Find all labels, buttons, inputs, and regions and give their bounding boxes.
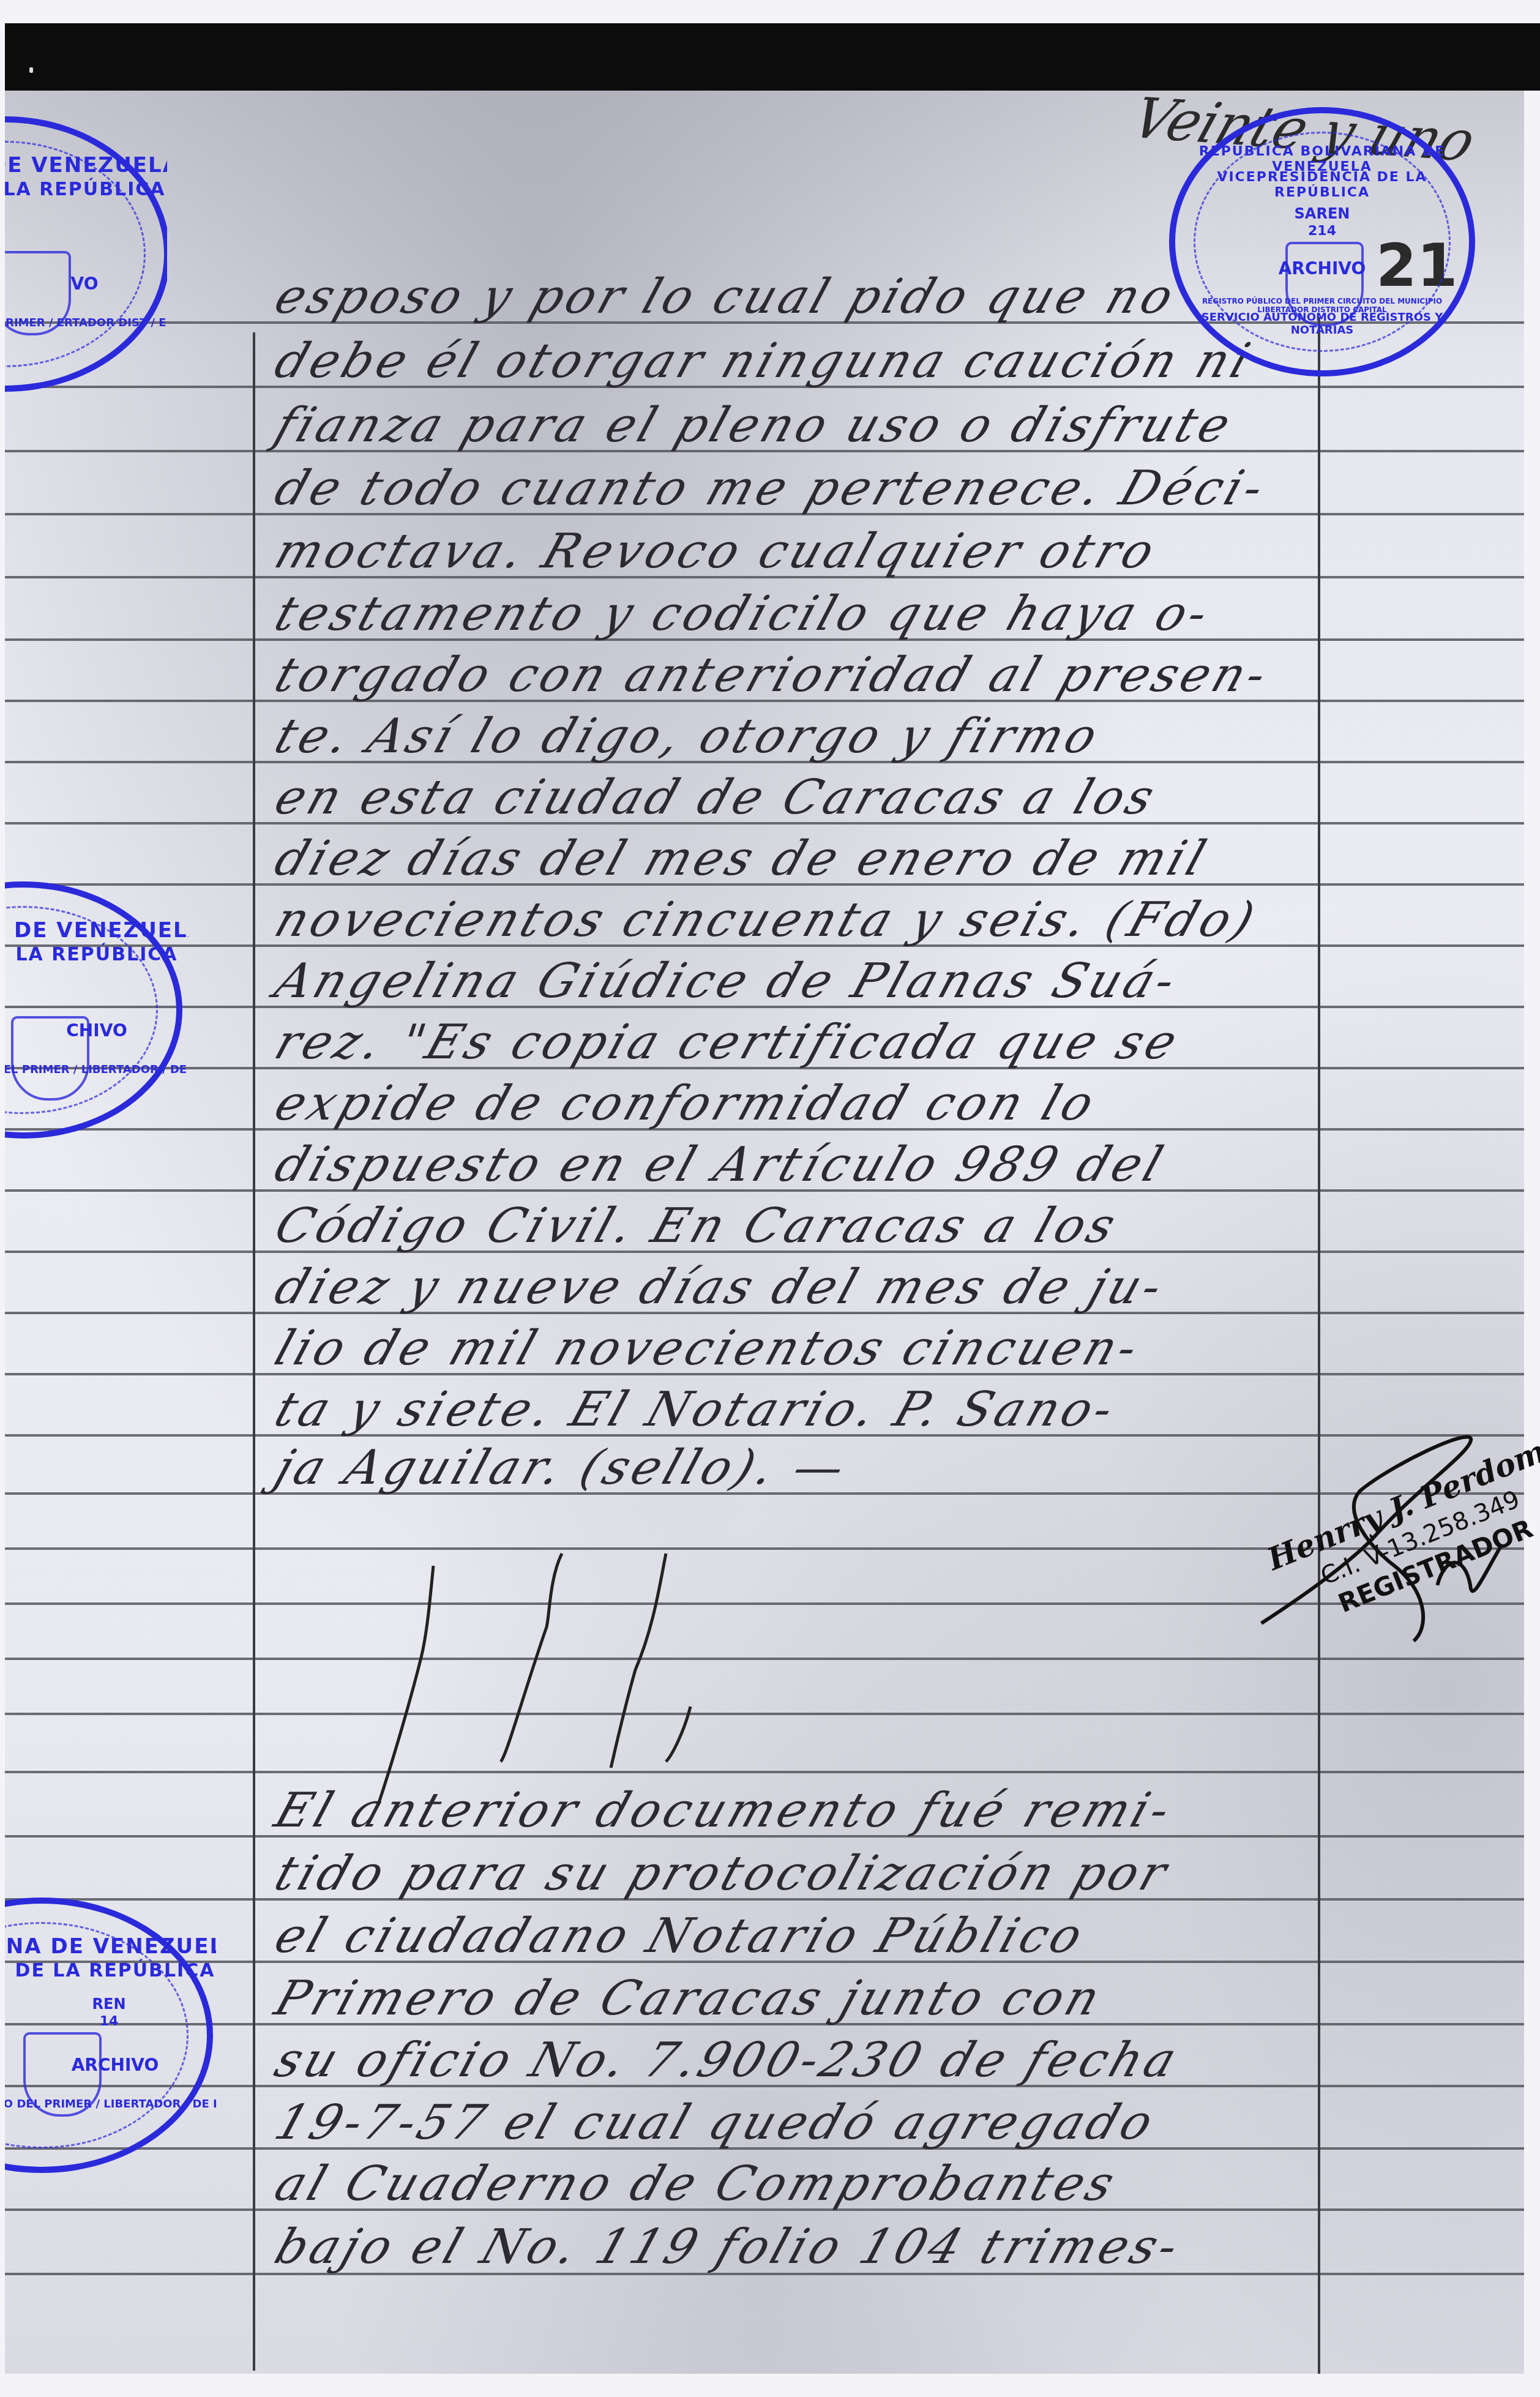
body-line: diez y nueve días del mes de ju- [268,1260,1172,1315]
stamp-archive-label: ARCHIVO [5,2055,216,2075]
body-line: testamento y codicilo que haya o- [268,586,1218,641]
stamp-archive-label: CHIVO [5,1020,189,1041]
body-line: novecientos cincuenta y seis. (Fdo) [268,892,1265,948]
stamp-archive-label: ARCHIVO [1175,258,1469,279]
body-line: ja Aguilar. (sello). — [268,1440,855,1495]
stamp-ring-text: LA REPÚBLICA [5,179,167,200]
body-line: en esta ciudad de Caracas a los [268,770,1164,825]
stamp-ring-text: DE LA REPÚBLICA [5,1960,216,1981]
note-line: 19-7-57 el cual quedó agregado [268,2095,1163,2150]
stamp-ring-text: DE VENEZUELA [5,153,167,178]
stamp-ring-text: ANA DE VENEZUELA [5,1934,216,1959]
body-line: ta y siete. El Notario. P. Sano- [268,1382,1124,1437]
note-line: Primero de Caracas junto con [268,1971,1110,2026]
body-line: esposo y por lo cual pido que no [268,269,1184,324]
body-line: Angelina Giúdice de Planas Suá- [268,954,1186,1009]
body-line: te. Así lo digo, otorgo y firmo [268,709,1108,764]
body-line: debe él otorgar ninguna caución ni [268,334,1260,389]
body-line: rez. "Es copia certificada que se [268,1015,1187,1070]
body-line: fianza para el pleno uso o disfrute [268,398,1241,453]
left-margin-line [253,332,255,2371]
stamp-archive-label: VO [5,274,167,294]
closing-flourish-strokes [372,1547,1290,1866]
stamp-center-code: REN [5,1995,216,2013]
stamp-ring-text: CO DEL PRIMER / ERTADOR DIST / E REGISTR… [5,316,167,329]
stamp-ring-text: LA REPÚBLICA [5,944,189,965]
body-line: expide de conformidad con lo [268,1076,1104,1131]
registry-stamp-left-middle: A DE VENEZUELA LA REPÚBLICA CHIVO LICO D… [5,881,189,1139]
body-line: lio de mil novecientos cincuen- [268,1321,1148,1376]
body-line: Código Civil. En Caracas a los [268,1198,1126,1254]
right-margin-line [1318,317,1320,2374]
stamp-ring-text: PÚBLICO DEL PRIMER / LIBERTADOR / DE REG… [5,2098,216,2111]
scan-header-bar [5,23,1540,91]
registry-stamp-top-right: REPÚBLICA BOLIVARIANA DE VENEZUELA VICEP… [1169,107,1475,376]
stamp-ring-text: VICEPRESIDENCIA DE LA REPÚBLICA [1175,170,1469,200]
scan-speck [29,67,33,73]
document-page: esposo y por lo cual pido que no debe él… [5,91,1524,2374]
note-line: bajo el No. 119 folio 104 trimes- [268,2219,1189,2275]
body-line: torgado con anterioridad al presen- [268,648,1277,703]
registry-stamp-left-bottom: ANA DE VENEZUELA DE LA REPÚBLICA REN 14 … [5,1898,216,2173]
note-line: su oficio No. 7.900-230 de fecha [268,2033,1187,2088]
stamp-center-code: SAREN [1175,205,1469,222]
registry-stamp-left-top: DE VENEZUELA LA REPÚBLICA VO CO DEL PRIM… [5,116,167,392]
body-line: dispuesto en el Artículo 989 del [268,1137,1173,1192]
stamp-center-number: 214 [1175,223,1469,239]
body-line: de todo cuanto me pertenece. Déci- [268,461,1274,516]
note-line: el ciudadano Notario Público [268,1909,1093,1964]
body-line: moctava. Revoco cualquier otro [268,524,1164,579]
stamp-ring-text: A DE VENEZUELA [5,918,189,943]
body-line: diez días del mes de enero de mil [268,831,1216,886]
stamp-center-number: 14 [5,2014,216,2029]
note-line: al Cuaderno de Comprobantes [268,2156,1124,2212]
stamp-ring-text: SERVICIO AUTÓNOMO DE REGISTROS Y NOTARÍA… [1175,311,1469,337]
stamp-ring-text: LICO DEL PRIMER / LIBERTADOR / DE REGIST… [5,1063,189,1076]
